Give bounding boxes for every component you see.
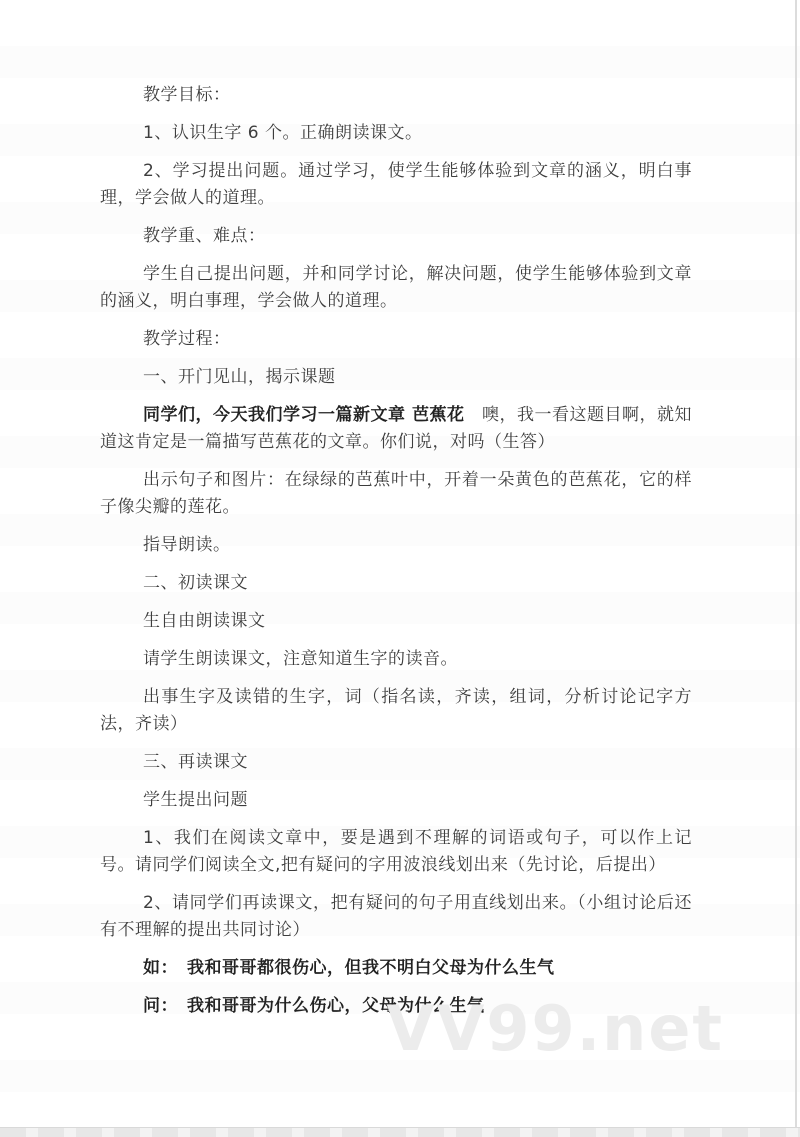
paragraph-intro-bold-segment: 同学们，今天我们学习一篇新文章 芭蕉花 [143,405,464,425]
paragraph-goal-1: 1、认识生字 6 个。正确朗读课文。 [100,120,692,147]
paragraph-key-points-body: 学生自己提出问题，并和同学讨论，解决问题，使学生能够体验到文章的涵义，明白事理，… [100,261,692,315]
paragraph-example: 如： 我和哥哥都很伤心，但我不明白父母为什么生气 [100,955,692,982]
page-separator [0,1127,800,1137]
paragraph-process-heading: 教学过程： [100,326,692,353]
paragraph-section-2-heading: 二、初读课文 [100,570,692,597]
paragraph-section-1-heading: 一、开门见山，揭示课题 [100,364,692,391]
document-content: 教学目标： 1、认识生字 6 个。正确朗读课文。 2、学习提出问题。通过学习，使… [100,82,692,1031]
watermark: VV99.net [386,992,724,1065]
paragraph-goal-2: 2、学习提出问题。通过学习，使学生能够体验到文章的涵义，明白事理，学会做人的道理… [100,158,692,212]
paragraph-guide-reading: 指导朗读。 [100,532,692,559]
paragraph-show-sentence-picture: 出示句子和图片：在绿绿的芭蕉叶中，开着一朵黄色的芭蕉花，它的样子像尖瓣的莲花。 [100,467,692,521]
paragraph-step-2: 2、请同学们再读课文，把有疑问的句子用直线划出来。（小组讨论后还有不理解的提出共… [100,890,692,944]
paragraph-students-questions: 学生提出问题 [100,787,692,814]
paragraph-step-1: 1、我们在阅读文章中，要是遇到不理解的词语或句子，可以作上记号。请同学们阅读全文… [100,825,692,879]
paragraph-new-words: 出事生字及读错的生字，词（指名读，齐读，组词，分析讨论记字方法，齐读） [100,684,692,738]
page-right-edge-line [795,0,797,1137]
paragraph-key-points-heading: 教学重、难点： [100,223,692,250]
paragraph-free-reading: 生自由朗读课文 [100,608,692,635]
paragraph-intro-dialogue: 同学们，今天我们学习一篇新文章 芭蕉花 噢，我一看这题目啊，就知道这肯定是一篇描… [100,402,692,456]
paragraph-section-3-heading: 三、再读课文 [100,749,692,776]
paragraph-ask-students-read: 请学生朗读课文，注意知道生字的读音。 [100,646,692,673]
document-page: 教学目标： 1、认识生字 6 个。正确朗读课文。 2、学习提出问题。通过学习，使… [0,0,800,1137]
paragraph-teaching-goals-heading: 教学目标： [100,82,692,109]
